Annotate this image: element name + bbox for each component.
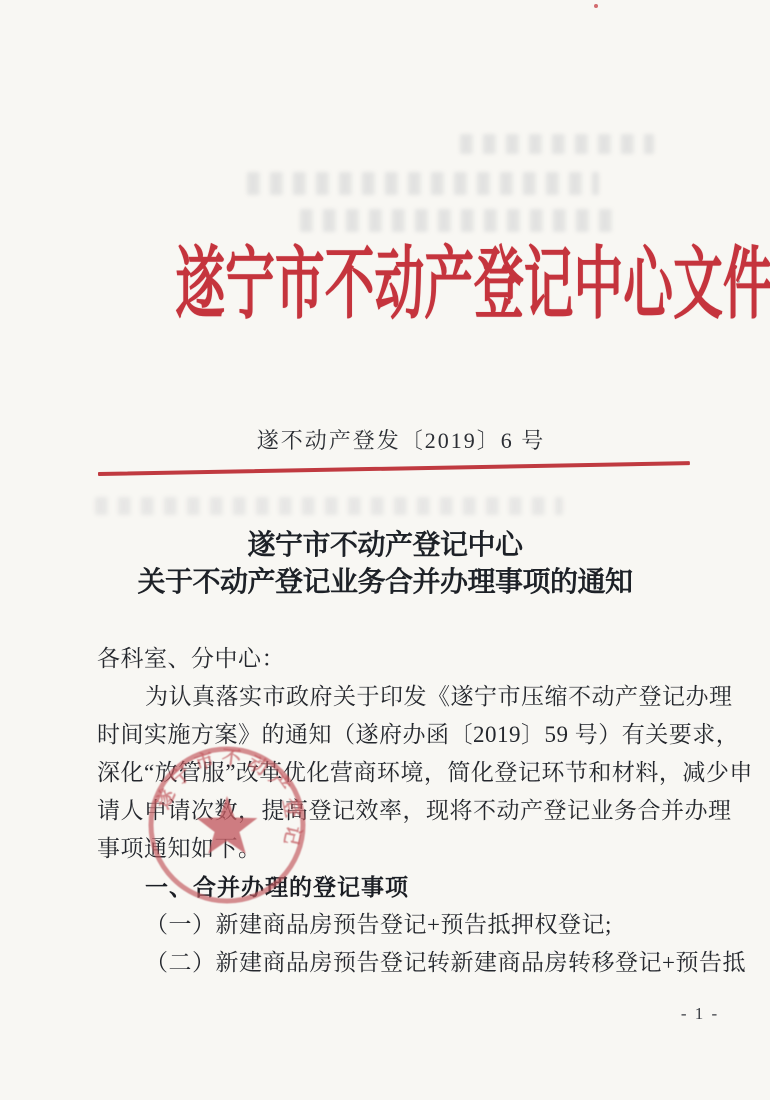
document-title-line2: 关于不动产登记业务合并办理事项的通知 xyxy=(0,569,770,597)
paragraph-line: 请人申请次数，提高登记效率，现将不动产登记业务合并办理 xyxy=(97,792,770,830)
paragraph-line: 时间实施方案》的通知（遂府办函〔2019〕59 号）有关要求， xyxy=(97,716,770,754)
document-body: 各科室、分中心： 为认真落实市政府关于印发《遂宁市压缩不动产登记办理 时间实施方… xyxy=(97,640,770,982)
document-number: 遂不动产登发〔2019〕6 号 xyxy=(16,424,770,455)
letterhead-banner: 遂宁市不动产登记中心文件 xyxy=(0,244,770,328)
document-title-line1: 遂宁市不动产登记中心 xyxy=(0,532,770,560)
list-item-1: （一）新建商品房预告登记+预告抵押权登记; xyxy=(97,906,770,944)
bleedthrough-line-4 xyxy=(95,497,563,515)
bleedthrough-line-1 xyxy=(460,134,654,154)
list-item-2: （二）新建商品房预告登记转新建商品房转移登记+预告抵 xyxy=(97,944,770,982)
bleedthrough-line-3 xyxy=(300,209,616,232)
letterhead-banner-text: 遂宁市不动产登记中心文件 xyxy=(175,244,770,328)
bleedthrough-line-2 xyxy=(247,172,599,195)
red-divider-line xyxy=(98,461,690,476)
salutation: 各科室、分中心： xyxy=(97,640,770,678)
paragraph-line: 事项通知如下。 xyxy=(97,830,770,868)
page-number: - 1 - xyxy=(660,1004,740,1024)
scan-speck xyxy=(594,4,598,8)
section-heading: 一、合并办理的登记事项 xyxy=(97,868,770,906)
scanned-document-page: 遂宁市不动产登记中心文件 遂不动产登发〔2019〕6 号 遂宁市不动产登记中心 … xyxy=(0,0,770,1100)
paragraph-line: 深化“放管服”改革优化营商环境，简化登记环节和材料，减少申 xyxy=(97,754,770,792)
paragraph-line: 为认真落实市政府关于印发《遂宁市压缩不动产登记办理 xyxy=(97,678,770,716)
